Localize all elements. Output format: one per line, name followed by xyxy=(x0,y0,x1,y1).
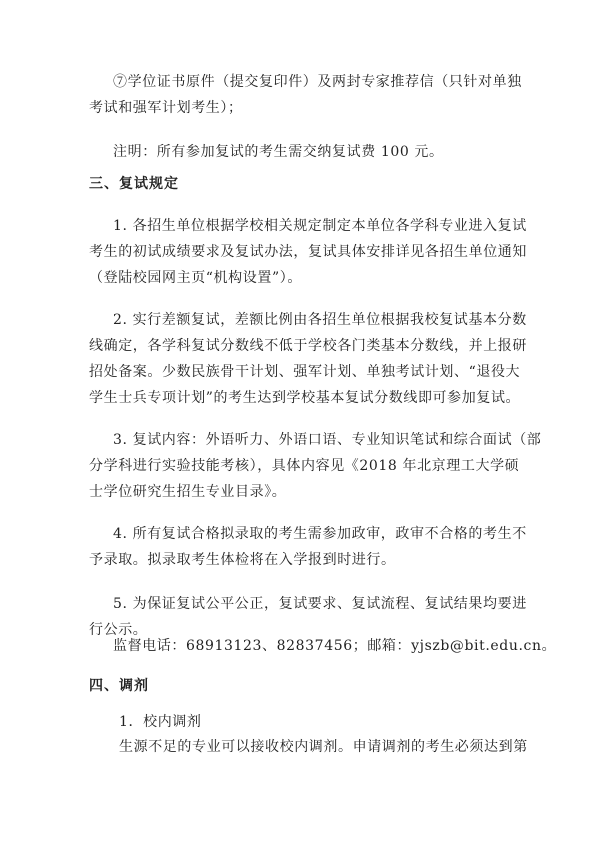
rule1-line2: 考生的初试成绩要求及复试办法，复试具体安排详见各招生单位通知 xyxy=(89,243,511,261)
internal-transfer-title: 1．校内调剂 xyxy=(119,713,511,731)
rule1-line1: 1. 各招生单位根据学校相关规定制定本单位各学科专业进入复试 xyxy=(113,217,511,235)
rule4-line2: 予录取。拟录取考生体检将在入学报到时进行。 xyxy=(89,551,511,569)
section4-heading: 四、调剂 xyxy=(89,677,511,695)
rule3-line3: 士学位研究生招生专业目录》。 xyxy=(89,483,511,501)
rule2-line1: 2. 实行差额复试，差额比例由各招生单位根据我校复试基本分数 xyxy=(113,311,511,329)
section3-heading: 三、复试规定 xyxy=(89,175,511,193)
supervision-contact: 监督电话：68913123、82837456；邮箱：yjszb@bit.edu.… xyxy=(113,637,511,655)
rule2-line4: 学生士兵专项计划”的考生达到学校基本复试分数线即可参加复试。 xyxy=(89,389,511,407)
internal-transfer-line1: 生源不足的专业可以接收校内调剂。申请调剂的考生必须达到第 xyxy=(119,738,511,756)
rule3-line2: 分学科进行实验技能考核），具体内容见《2018 年北京理工大学硕 xyxy=(89,457,511,475)
rule1-line3: （登陆校园网主页“机构设置”）。 xyxy=(89,269,511,287)
rule3-line1: 3. 复试内容：外语听力、外语口语、专业知识笔试和综合面试（部 xyxy=(113,431,511,449)
item7-line1: ⑦学位证书原件（提交复印件）及两封专家推荐信（只针对单独 xyxy=(113,73,511,91)
rule2-line2: 线确定，各学科复试分数线不低于学校各门类基本分数线，并上报研 xyxy=(89,337,511,355)
rule4-line1: 4. 所有复试合格拟录取的考生需参加政审，政审不合格的考生不 xyxy=(113,525,511,543)
fee-note: 注明：所有参加复试的考生需交纳复试费 100 元。 xyxy=(113,143,511,161)
rule2-line3: 招处备案。少数民族骨干计划、强军计划、单独考试计划、“退役大 xyxy=(89,363,511,381)
item7-line2: 考试和强军计划考生）； xyxy=(89,99,511,117)
rule5-line1: 5. 为保证复试公平公正，复试要求、复试流程、复试结果均要进 xyxy=(113,595,511,613)
document-page: ⑦学位证书原件（提交复印件）及两封专家推荐信（只针对单独 考试和强军计划考生）；… xyxy=(0,0,600,842)
